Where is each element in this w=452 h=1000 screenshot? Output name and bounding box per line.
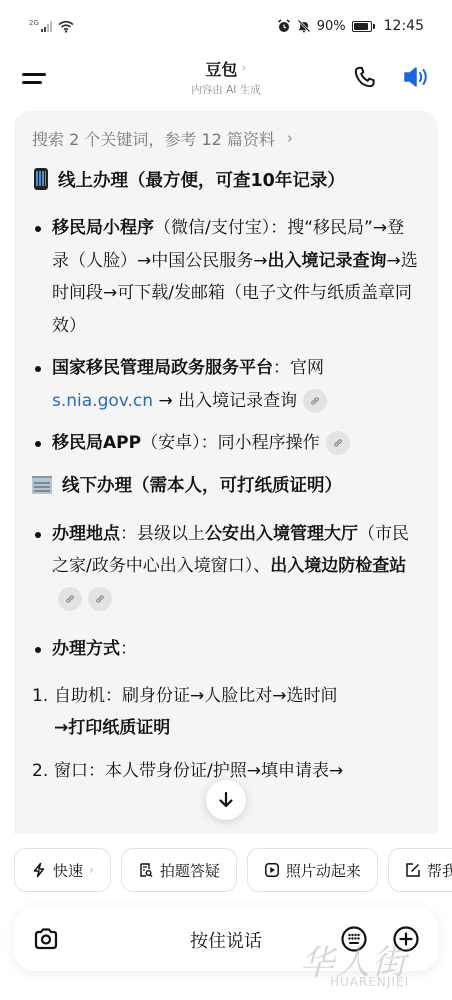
- quick-action-write[interactable]: 帮我写作: [388, 848, 452, 892]
- phone-icon: [352, 64, 378, 90]
- alarm-icon: [277, 19, 291, 33]
- keyboard-icon: [340, 925, 368, 953]
- bot-title-button[interactable]: 豆包 ›: [205, 57, 246, 80]
- chip-label: 帮我写作: [427, 860, 452, 881]
- camera-button[interactable]: [32, 925, 60, 953]
- camera-icon: [32, 925, 60, 953]
- mobile-phone-icon: [34, 168, 48, 190]
- link-icon: [309, 395, 321, 407]
- status-bar: 2G: [0, 0, 452, 52]
- plus-circle-icon: [392, 925, 420, 953]
- bot-title: 豆包: [205, 57, 237, 80]
- play-square-icon: [264, 862, 280, 878]
- step-text: 窗口：本人带身份证/护照→填申请表→: [54, 761, 343, 781]
- item-title: 移民局APP: [52, 433, 141, 453]
- section-title: 线下办理（需本人，可打纸质证明）: [62, 472, 342, 497]
- citation-button[interactable]: [303, 389, 327, 413]
- phone-call-button[interactable]: [352, 64, 378, 90]
- item-title: 移民局小程序: [52, 218, 154, 238]
- item-emphasis: 公安出入境管理大厅: [205, 524, 358, 544]
- chip-label: 快速: [53, 860, 83, 881]
- citation-button[interactable]: [326, 431, 350, 455]
- step-number: 1.: [32, 680, 48, 713]
- process-steps-list: 1.自助机：刷身份证→人脸比对→选时间→打印纸质证明 2.窗口：本人带身份证/护…: [32, 680, 420, 788]
- office-building-icon: [32, 476, 52, 494]
- hold-to-talk-button[interactable]: 按住说话: [14, 927, 438, 953]
- mute-bell-icon: [297, 19, 311, 33]
- item-text: ：: [120, 639, 137, 659]
- cellular-signal-icon: 2G: [29, 20, 52, 32]
- status-left: 2G: [29, 20, 74, 33]
- assistant-message: 搜索 2 个关键词，参考 12 篇资料 › 线上办理（最方便，可查10年记录） …: [14, 111, 438, 834]
- list-item: 移民局小程序（微信/支付宝）：搜“移民局”→登录（人脸）→中国公民服务→出入境记…: [32, 212, 420, 342]
- item-text: ：县级以上: [120, 524, 205, 544]
- citation-button[interactable]: [58, 587, 82, 611]
- section-heading-online: 线上办理（最方便，可查10年记录）: [32, 166, 420, 192]
- quick-action-fast[interactable]: 快速 ›: [14, 848, 111, 892]
- item-text: → 出入境记录查询: [153, 391, 297, 411]
- online-methods-list: 移民局小程序（微信/支付宝）：搜“移民局”→登录（人脸）→中国公民服务→出入境记…: [32, 212, 420, 460]
- more-options-button[interactable]: [392, 925, 420, 953]
- speaker-toggle-button[interactable]: [402, 64, 432, 90]
- signal-bar: [41, 29, 43, 32]
- link-icon: [64, 593, 76, 605]
- signal-bar: [50, 21, 52, 32]
- offline-methods-list: 办理地点：县级以上公安出入境管理大厅（市民之家/政务中心出入境窗口）、出入境边防…: [32, 518, 420, 666]
- step-item: 1.自助机：刷身份证→人脸比对→选时间→打印纸质证明: [32, 680, 420, 745]
- edit-icon: [405, 862, 421, 878]
- list-item: 办理地点：县级以上公安出入境管理大厅（市民之家/政务中心出入境窗口）、出入境边防…: [32, 518, 420, 616]
- watermark-en: HUARENJIEI: [330, 975, 409, 989]
- keyboard-toggle-button[interactable]: [340, 925, 368, 953]
- search-sources-link[interactable]: 搜索 2 个关键词，参考 12 篇资料 ›: [32, 125, 420, 151]
- title-block: 豆包 › 内容由 AI 生成: [0, 57, 452, 97]
- list-item: 办理方式：: [32, 633, 420, 666]
- link-icon: [94, 593, 106, 605]
- item-title: 国家移民管理局政务服务平台: [52, 358, 273, 378]
- status-right: 90% 12:45: [277, 18, 424, 34]
- speaker-on-icon: [402, 64, 432, 90]
- screen: 2G: [0, 0, 452, 1000]
- scroll-to-bottom-button[interactable]: [206, 780, 246, 820]
- lightning-icon: [31, 862, 47, 878]
- citation-button[interactable]: [88, 587, 112, 611]
- section-heading-offline: 线下办理（需本人，可打纸质证明）: [32, 472, 420, 498]
- arrow-down-icon: [217, 791, 235, 809]
- section-title: 线上办理（最方便，可查10年记录）: [58, 167, 345, 192]
- item-text: （安卓）：同小程序操作: [141, 433, 320, 453]
- chevron-right-icon: ›: [89, 863, 94, 877]
- input-bar: 按住说话: [14, 907, 438, 971]
- item-text: ：官网: [273, 358, 324, 378]
- chip-label: 照片动起来: [286, 860, 361, 881]
- item-title: 办理方式: [52, 639, 120, 659]
- signal-bar: [44, 27, 46, 32]
- wifi-icon: [58, 20, 74, 33]
- signal-bar: [47, 24, 49, 32]
- photo-search-icon: [138, 862, 154, 878]
- item-title: 办理地点: [52, 524, 120, 544]
- chevron-right-icon: ›: [241, 61, 246, 76]
- chat-header: 豆包 › 内容由 AI 生成: [0, 52, 452, 104]
- battery-icon: [352, 21, 375, 32]
- quick-actions-bar: 快速 › 拍题答疑 照片动起来 帮我写作: [14, 848, 452, 892]
- chip-label: 拍题答疑: [160, 860, 220, 881]
- link-icon: [332, 437, 344, 449]
- clock: 12:45: [384, 18, 424, 34]
- item-emphasis: 出入境记录查询: [268, 251, 387, 271]
- quick-action-photo-qa[interactable]: 拍题答疑: [121, 848, 237, 892]
- search-summary: 搜索 2 个关键词，参考 12 篇资料: [32, 127, 275, 150]
- network-type: 2G: [29, 20, 39, 27]
- step-text: 自助机：刷身份证→人脸比对→选时间: [54, 686, 338, 706]
- step-number: 2.: [32, 755, 48, 788]
- ai-disclaimer: 内容由 AI 生成: [0, 82, 452, 97]
- website-link[interactable]: s.nia.gov.cn: [52, 391, 153, 411]
- item-emphasis: 出入境边防检查站: [270, 556, 406, 576]
- battery-percent: 90%: [317, 19, 346, 34]
- quick-action-animate-photo[interactable]: 照片动起来: [247, 848, 378, 892]
- list-item: 移民局APP（安卓）：同小程序操作: [32, 427, 420, 460]
- chevron-right-icon: ›: [287, 129, 293, 147]
- step-emphasis: →打印纸质证明: [54, 718, 170, 738]
- list-item: 国家移民管理局政务服务平台：官网 s.nia.gov.cn → 出入境记录查询: [32, 352, 420, 417]
